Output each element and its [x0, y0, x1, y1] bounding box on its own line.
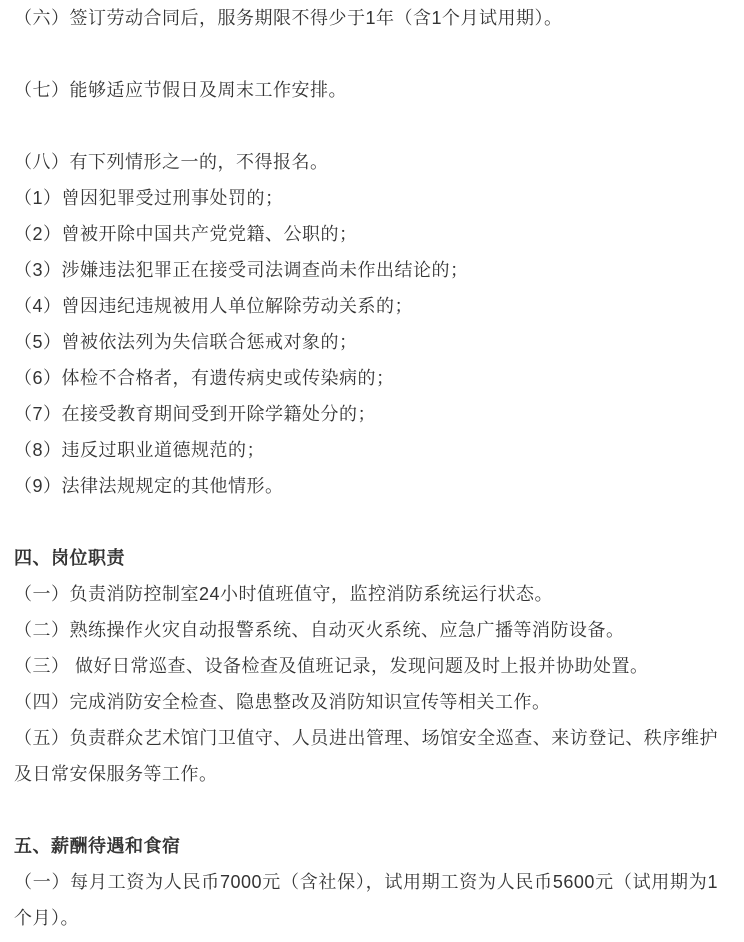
- duty-item-2: （二）熟练操作火灾自动报警系统、自动灭火系统、应急广播等消防设备。: [14, 612, 718, 648]
- document-body: （六）签订劳动合同后，服务期限不得少于1年（含1个月试用期）。 （七）能够适应节…: [0, 0, 744, 942]
- disqualification-item-2: （2）曾被开除中国共产党党籍、公职的；: [14, 216, 718, 252]
- disqualification-item-1: （1）曾因犯罪受过刑事处罚的；: [14, 180, 718, 216]
- disqualification-item-9: （9）法律法规规定的其他情形。: [14, 468, 718, 504]
- clause-6-paragraph: （六）签订劳动合同后，服务期限不得少于1年（含1个月试用期）。: [14, 0, 718, 36]
- disqualification-item-6: （6）体检不合格者，有遗传病史或传染病的；: [14, 360, 718, 396]
- disqualification-item-8: （8）违反过职业道德规范的；: [14, 432, 718, 468]
- clause-8-paragraph: （八）有下列情形之一的，不得报名。: [14, 144, 718, 180]
- disqualification-item-7: （7）在接受教育期间受到开除学籍处分的；: [14, 396, 718, 432]
- disqualification-item-4: （4）曾因违纪违规被用人单位解除劳动关系的；: [14, 288, 718, 324]
- duty-item-1: （一）负责消防控制室24小时值班值守，监控消防系统运行状态。: [14, 576, 718, 612]
- duty-item-3: （三） 做好日常巡查、设备检查及值班记录，发现问题及时上报并协助处置。: [14, 648, 718, 684]
- duty-item-5: （五）负责群众艺术馆门卫值守、人员进出管理、场馆安全巡查、来访登记、秩序维护及日…: [14, 720, 718, 792]
- disqualification-item-5: （5）曾被依法列为失信联合惩戒对象的；: [14, 324, 718, 360]
- section-5-heading: 五、薪酬待遇和食宿: [14, 828, 718, 864]
- salary-item-1: （一）每月工资为人民币7000元（含社保），试用期工资为人民币5600元（试用期…: [14, 864, 718, 936]
- disqualification-item-3: （3）涉嫌违法犯罪正在接受司法调查尚未作出结论的；: [14, 252, 718, 288]
- duty-item-4: （四）完成消防安全检查、隐患整改及消防知识宣传等相关工作。: [14, 684, 718, 720]
- clause-7-paragraph: （七）能够适应节假日及周末工作安排。: [14, 72, 718, 108]
- section-4-heading: 四、岗位职责: [14, 540, 718, 576]
